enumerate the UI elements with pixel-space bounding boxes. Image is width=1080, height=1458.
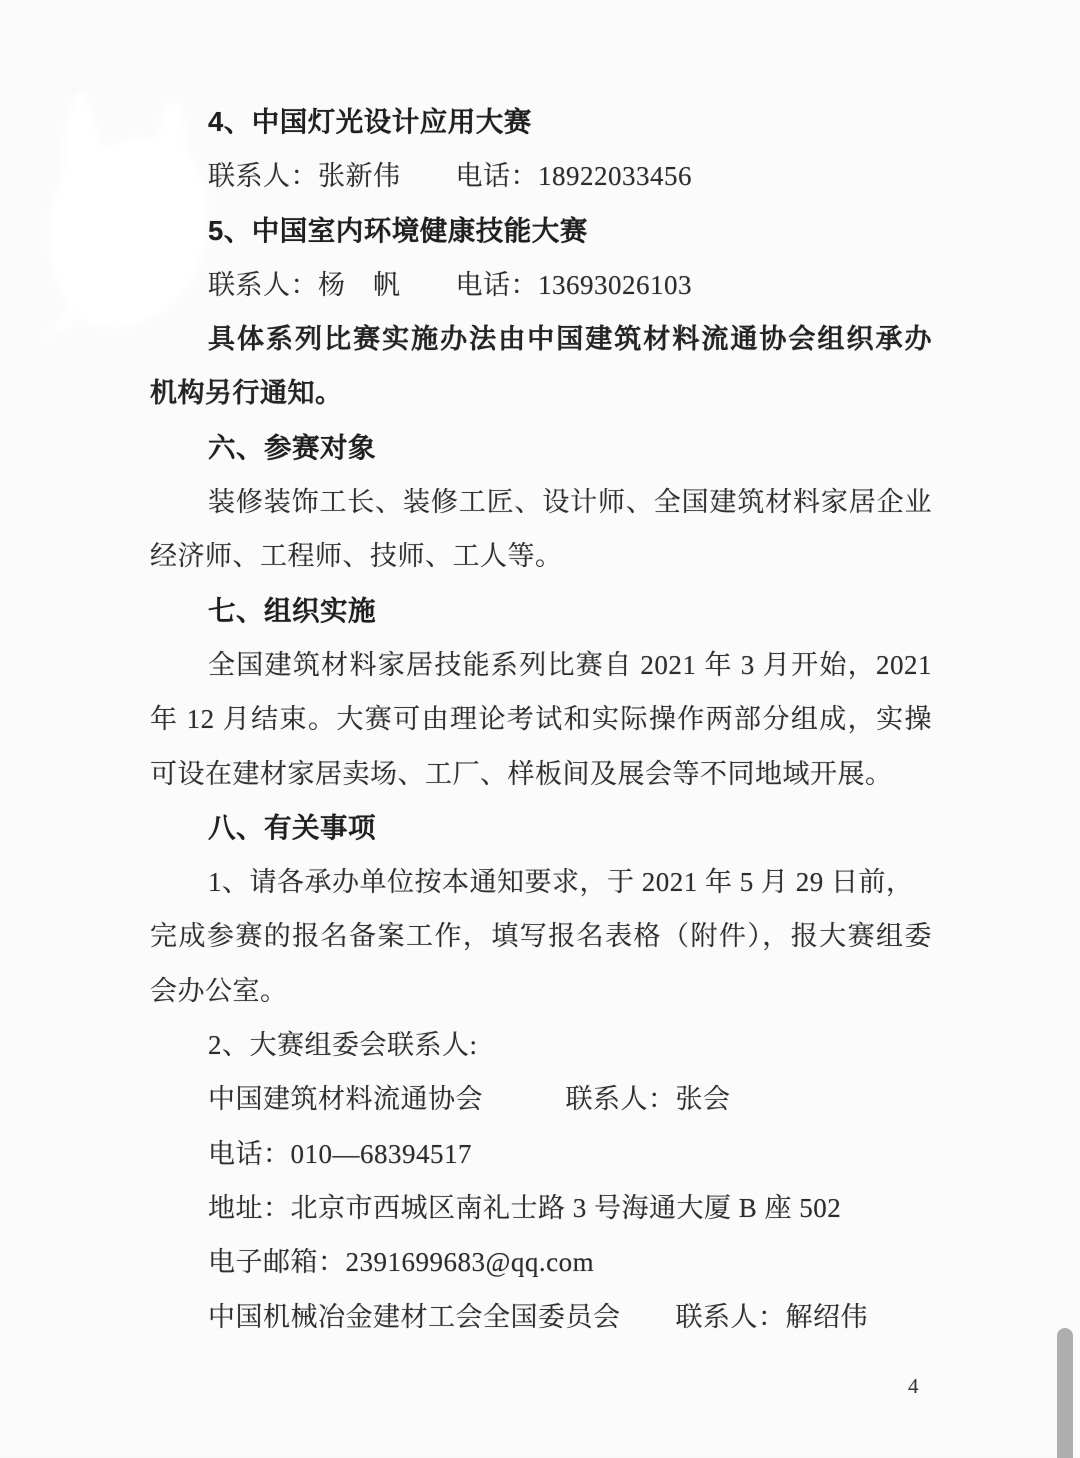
committee-address: 地址：北京市西城区南礼士路 3 号海通大厦 B 座 502 (150, 1181, 932, 1235)
participants-line-2: 经济师、工程师、技师、工人等。 (150, 529, 932, 583)
matters-item-1-line-2: 完成参赛的报名备案工作，填写报名表格（附件），报大赛组委 (150, 909, 932, 963)
page-number: 4 (908, 1374, 919, 1399)
document-body: 4、中国灯光设计应用大赛 联系人：张新伟 电话：18922033456 5、中国… (150, 95, 932, 1344)
matters-item-1-line-3: 会办公室。 (150, 964, 932, 1018)
scanned-document-page: 4、中国灯光设计应用大赛 联系人：张新伟 电话：18922033456 5、中国… (0, 0, 1080, 1458)
contact-line-contest-4: 联系人：张新伟 电话：18922033456 (150, 149, 932, 203)
committee-org-1-contact: 中国建筑材料流通协会 联系人：张会 (150, 1072, 932, 1126)
heading-contest-4: 4、中国灯光设计应用大赛 (150, 95, 932, 149)
scrollbar-thumb[interactable] (1057, 1328, 1073, 1458)
heading-section-8: 八、有关事项 (150, 801, 932, 855)
committee-email: 电子邮箱：2391699683@qq.com (150, 1235, 932, 1289)
heading-section-6: 六、参赛对象 (150, 421, 932, 475)
heading-section-7: 七、组织实施 (150, 584, 932, 638)
heading-contest-5: 5、中国室内环境健康技能大赛 (150, 204, 932, 258)
committee-org-2-contact: 中国机械冶金建材工会全国委员会 联系人：解绍伟 (150, 1290, 932, 1344)
matters-item-2-heading: 2、大赛组委会联系人: (150, 1018, 932, 1072)
organization-line-3: 可设在建材家居卖场、工厂、样板间及展会等不同地域开展。 (150, 747, 932, 801)
notice-paragraph-line-1: 具体系列比赛实施办法由中国建筑材料流通协会组织承办 (150, 312, 932, 366)
notice-paragraph-line-2: 机构另行通知。 (150, 366, 932, 420)
committee-phone: 电话：010—68394517 (150, 1127, 932, 1181)
contact-line-contest-5: 联系人：杨 帆 电话：13693026103 (150, 258, 932, 312)
organization-line-1: 全国建筑材料家居技能系列比赛自 2021 年 3 月开始，2021 (150, 638, 932, 692)
matters-item-1-line-1: 1、请各承办单位按本通知要求，于 2021 年 5 月 29 日前， (150, 855, 932, 909)
participants-line-1: 装修装饰工长、装修工匠、设计师、全国建筑材料家居企业 (150, 475, 932, 529)
organization-line-2: 年 12 月结束。大赛可由理论考试和实际操作两部分组成，实操 (150, 692, 932, 746)
